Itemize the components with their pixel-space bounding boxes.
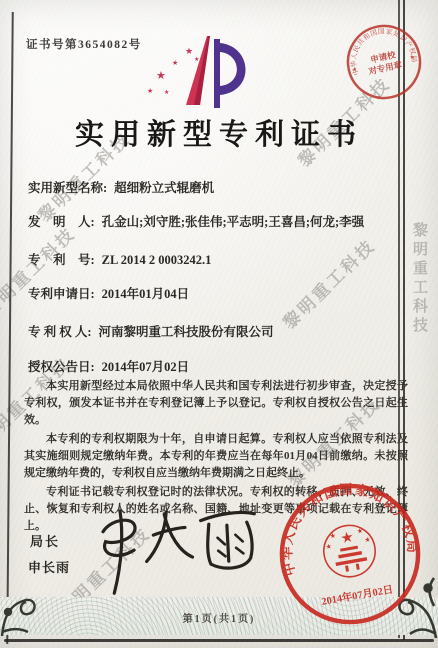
svg-text:★: ★	[339, 529, 355, 547]
logo-star-icon: ★	[164, 89, 169, 96]
field-application-date: 专利申请日:2014年01月04日	[28, 284, 412, 302]
svg-text:★: ★	[329, 531, 336, 540]
logo-star-icon: ★	[156, 70, 166, 82]
seal-date: 2014年07月02日	[320, 583, 394, 608]
field-label: 发 明 人:	[28, 215, 95, 229]
field-patent-number: 专 利 号:ZL 2014 2 0003242.1	[28, 250, 412, 268]
logo-star-icon: ★	[147, 87, 153, 95]
field-label: 实用新型名称:	[28, 181, 107, 195]
sipo-logo-icon: ★ ★ ★ ★ ★ ★	[138, 33, 268, 113]
field-utility-model-name: 实用新型名称:超细粉立式辊磨机	[28, 178, 412, 196]
field-label: 专利申请日:	[28, 287, 95, 301]
svg-text:★: ★	[356, 527, 363, 536]
director-title: 局长	[30, 531, 60, 550]
field-patentee: 专 利 权 人:河南黎明重工科技股份有限公司	[28, 322, 412, 340]
frame-border-left	[6, 12, 14, 644]
stamp-star-icon: ★	[351, 66, 358, 74]
watermark: 黎明重工科技	[0, 220, 80, 321]
logo-star-icon: ★	[194, 56, 199, 63]
field-value: 超细粉立式辊磨机	[114, 181, 214, 195]
field-value: 河南黎明重工科技股份有限公司	[99, 325, 274, 339]
watermark: 黎明重工科技	[276, 232, 380, 333]
field-inventors: 发 明 人:孔金山;刘守胜;张佳伟;平志明;王喜昌;何龙;李强	[28, 212, 412, 230]
official-seal-icon: 中华人民共和国国家知识产权局 ★ ★ ★ ★ ★ 2014年07月02日	[264, 468, 435, 639]
watermark: 黎明重工科技	[409, 222, 430, 336]
field-value: 2014年07月02日	[102, 360, 190, 374]
paragraph-grant: 本实用新型经过本局依照中华人民共和国专利法进行初步审查，决定授予专利权，颁发本证…	[24, 378, 408, 429]
director-name: 申长雨	[28, 557, 70, 576]
director-signature-icon	[80, 493, 270, 603]
logo-star-icon: ★	[172, 59, 178, 67]
field-label: 授权公告日:	[28, 360, 95, 374]
national-emblem-icon: ★ ★ ★ ★ ★	[320, 521, 379, 580]
certificate-title: 实用新型专利证书	[0, 112, 438, 153]
certificate-number: 证书号第3654082号	[26, 36, 142, 52]
field-label: 专 利 号:	[28, 253, 95, 267]
stamp-star-icon: ★	[409, 54, 416, 62]
field-label: 专 利 权 人:	[28, 325, 92, 339]
field-value: ZL 2014 2 0003242.1	[102, 253, 212, 267]
certificate-photo: 黎明重工科技 黎明重工科技 黎明重工科技 黎明重工科技 黎明重工科技 黎明重工科…	[0, 0, 438, 648]
logo-star-icon: ★	[185, 46, 193, 56]
svg-text:★: ★	[325, 542, 332, 551]
field-grant-publication-date: 授权公告日:2014年07月02日	[28, 357, 412, 375]
field-value: 2014年01月04日	[102, 287, 190, 301]
frame-border-bottom	[4, 639, 434, 642]
field-value: 孔金山;刘守胜;张佳伟;平志明;王喜昌;何龙;李强	[102, 215, 364, 229]
proofreading-stamp-icon: 中华人民共和国国家知识产权局 ★ ★ 申请校 对专用章	[337, 15, 432, 110]
paragraph-term-fees: 本专利的专利权期限为十年，自申请日起算。专利权人应当依照专利法及其实施细则规定缴…	[24, 431, 408, 482]
